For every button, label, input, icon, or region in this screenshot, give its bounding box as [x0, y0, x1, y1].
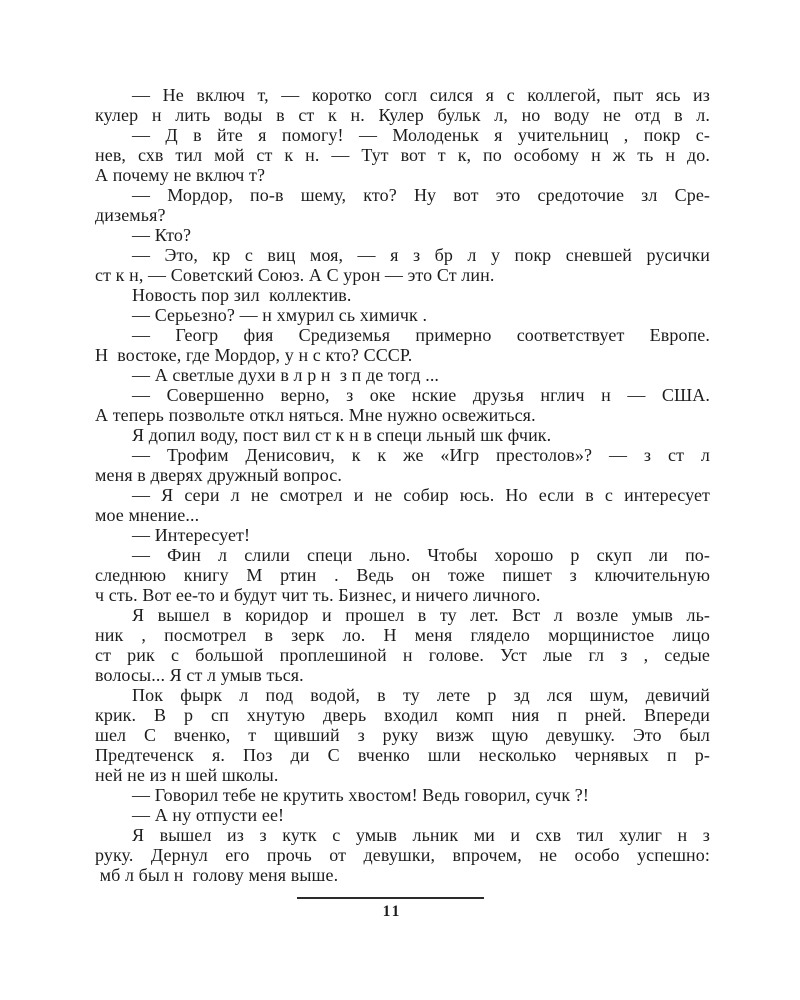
text-line: — Трофим Денисович, к к же «Игр престоло…: [95, 445, 710, 465]
text-line: кулер н лить воды в ст к н. Кулер бульк …: [95, 105, 710, 125]
text-line: диземья?: [95, 205, 710, 225]
text-line: А почему не включ т?: [95, 165, 710, 185]
text-line: — Это, кр с виц моя, — я з бр л у покр с…: [95, 245, 710, 265]
text-line: шел С вченко, т щивший з руку визж щую д…: [95, 725, 710, 745]
text-line: — А светлые духи в л р н з п де тогд ...: [95, 365, 710, 385]
text-line: крик. В р сп хнутую дверь входил комп ни…: [95, 705, 710, 725]
text-line: мб л был н голову меня выше.: [95, 865, 710, 885]
text-line: ст рик с большой проплешиной н голове. У…: [95, 645, 710, 665]
footer-rule: [297, 897, 484, 899]
text-line: А теперь позвольте откл няться. Мне нужн…: [95, 405, 710, 425]
text-line: Н востоке, где Мордор, у н с кто? СССР.: [95, 345, 710, 365]
text-line: — Мордор, по-в шему, кто? Ну вот это сре…: [95, 185, 710, 205]
text-line: Я вышел из з кутк с умыв льник ми и схв …: [95, 825, 710, 845]
text-line: нев, схв тил мой ст к н. — Тут вот т к, …: [95, 145, 710, 165]
text-line: меня в дверях дружный вопрос.: [95, 465, 710, 485]
text-line: Новость пор зил коллектив.: [95, 285, 710, 305]
text-line: ней не из н шей школы.: [95, 765, 710, 785]
text-line: — Кто?: [95, 225, 710, 245]
text-line: ч сть. Вот ее-то и будут чит ть. Бизнес,…: [95, 585, 710, 605]
text-line: — Совершенно верно, з оке нские друзья н…: [95, 385, 710, 405]
text-line: Я допил воду, пост вил ст к н в специ ль…: [95, 425, 710, 445]
text-line: ст к н, — Советский Союз. А С урон — это…: [95, 265, 710, 285]
text-line: мое мнение...: [95, 505, 710, 525]
text-line: — Говорил тебе не крутить хвостом! Ведь …: [95, 785, 710, 805]
page-number: 11: [0, 902, 792, 922]
text-line: — Серьезно? — н хмурил сь химичк .: [95, 305, 710, 325]
text-line: — Геогр фия Средиземья примерно соответс…: [95, 325, 710, 345]
text-line: Предтеченск я. Поз ди С вченко шли неско…: [95, 745, 710, 765]
text-line: Я вышел в коридор и прошел в ту лет. Вст…: [95, 605, 710, 625]
text-line: — Я сери л не смотрел и не собир юсь. Но…: [95, 485, 710, 505]
text-line: — Д в йте я помогу! — Молоденьк я учител…: [95, 125, 710, 145]
text-line: Пок фырк л под водой, в ту лете р зд лся…: [95, 685, 710, 705]
text-line: — Интересует!: [95, 525, 710, 545]
text-line: руку. Дернул его прочь от девушки, впроч…: [95, 845, 710, 865]
text-line: — Не включ т, — коротко согл сился я с к…: [95, 85, 710, 105]
page-text: — Не включ т, — коротко согл сился я с к…: [95, 85, 710, 885]
text-line: волосы... Я ст л умыв ться.: [95, 665, 710, 685]
text-line: — Фин л слили специ льно. Чтобы хорошо р…: [95, 545, 710, 565]
page-footer: 11: [0, 897, 800, 922]
text-line: следнюю книгу М ртин . Ведь он тоже пише…: [95, 565, 710, 585]
text-line: — А ну отпусти ее!: [95, 805, 710, 825]
text-line: ник , посмотрел в зерк ло. Н меня глядел…: [95, 625, 710, 645]
book-page: — Не включ т, — коротко согл сился я с к…: [0, 0, 800, 1000]
